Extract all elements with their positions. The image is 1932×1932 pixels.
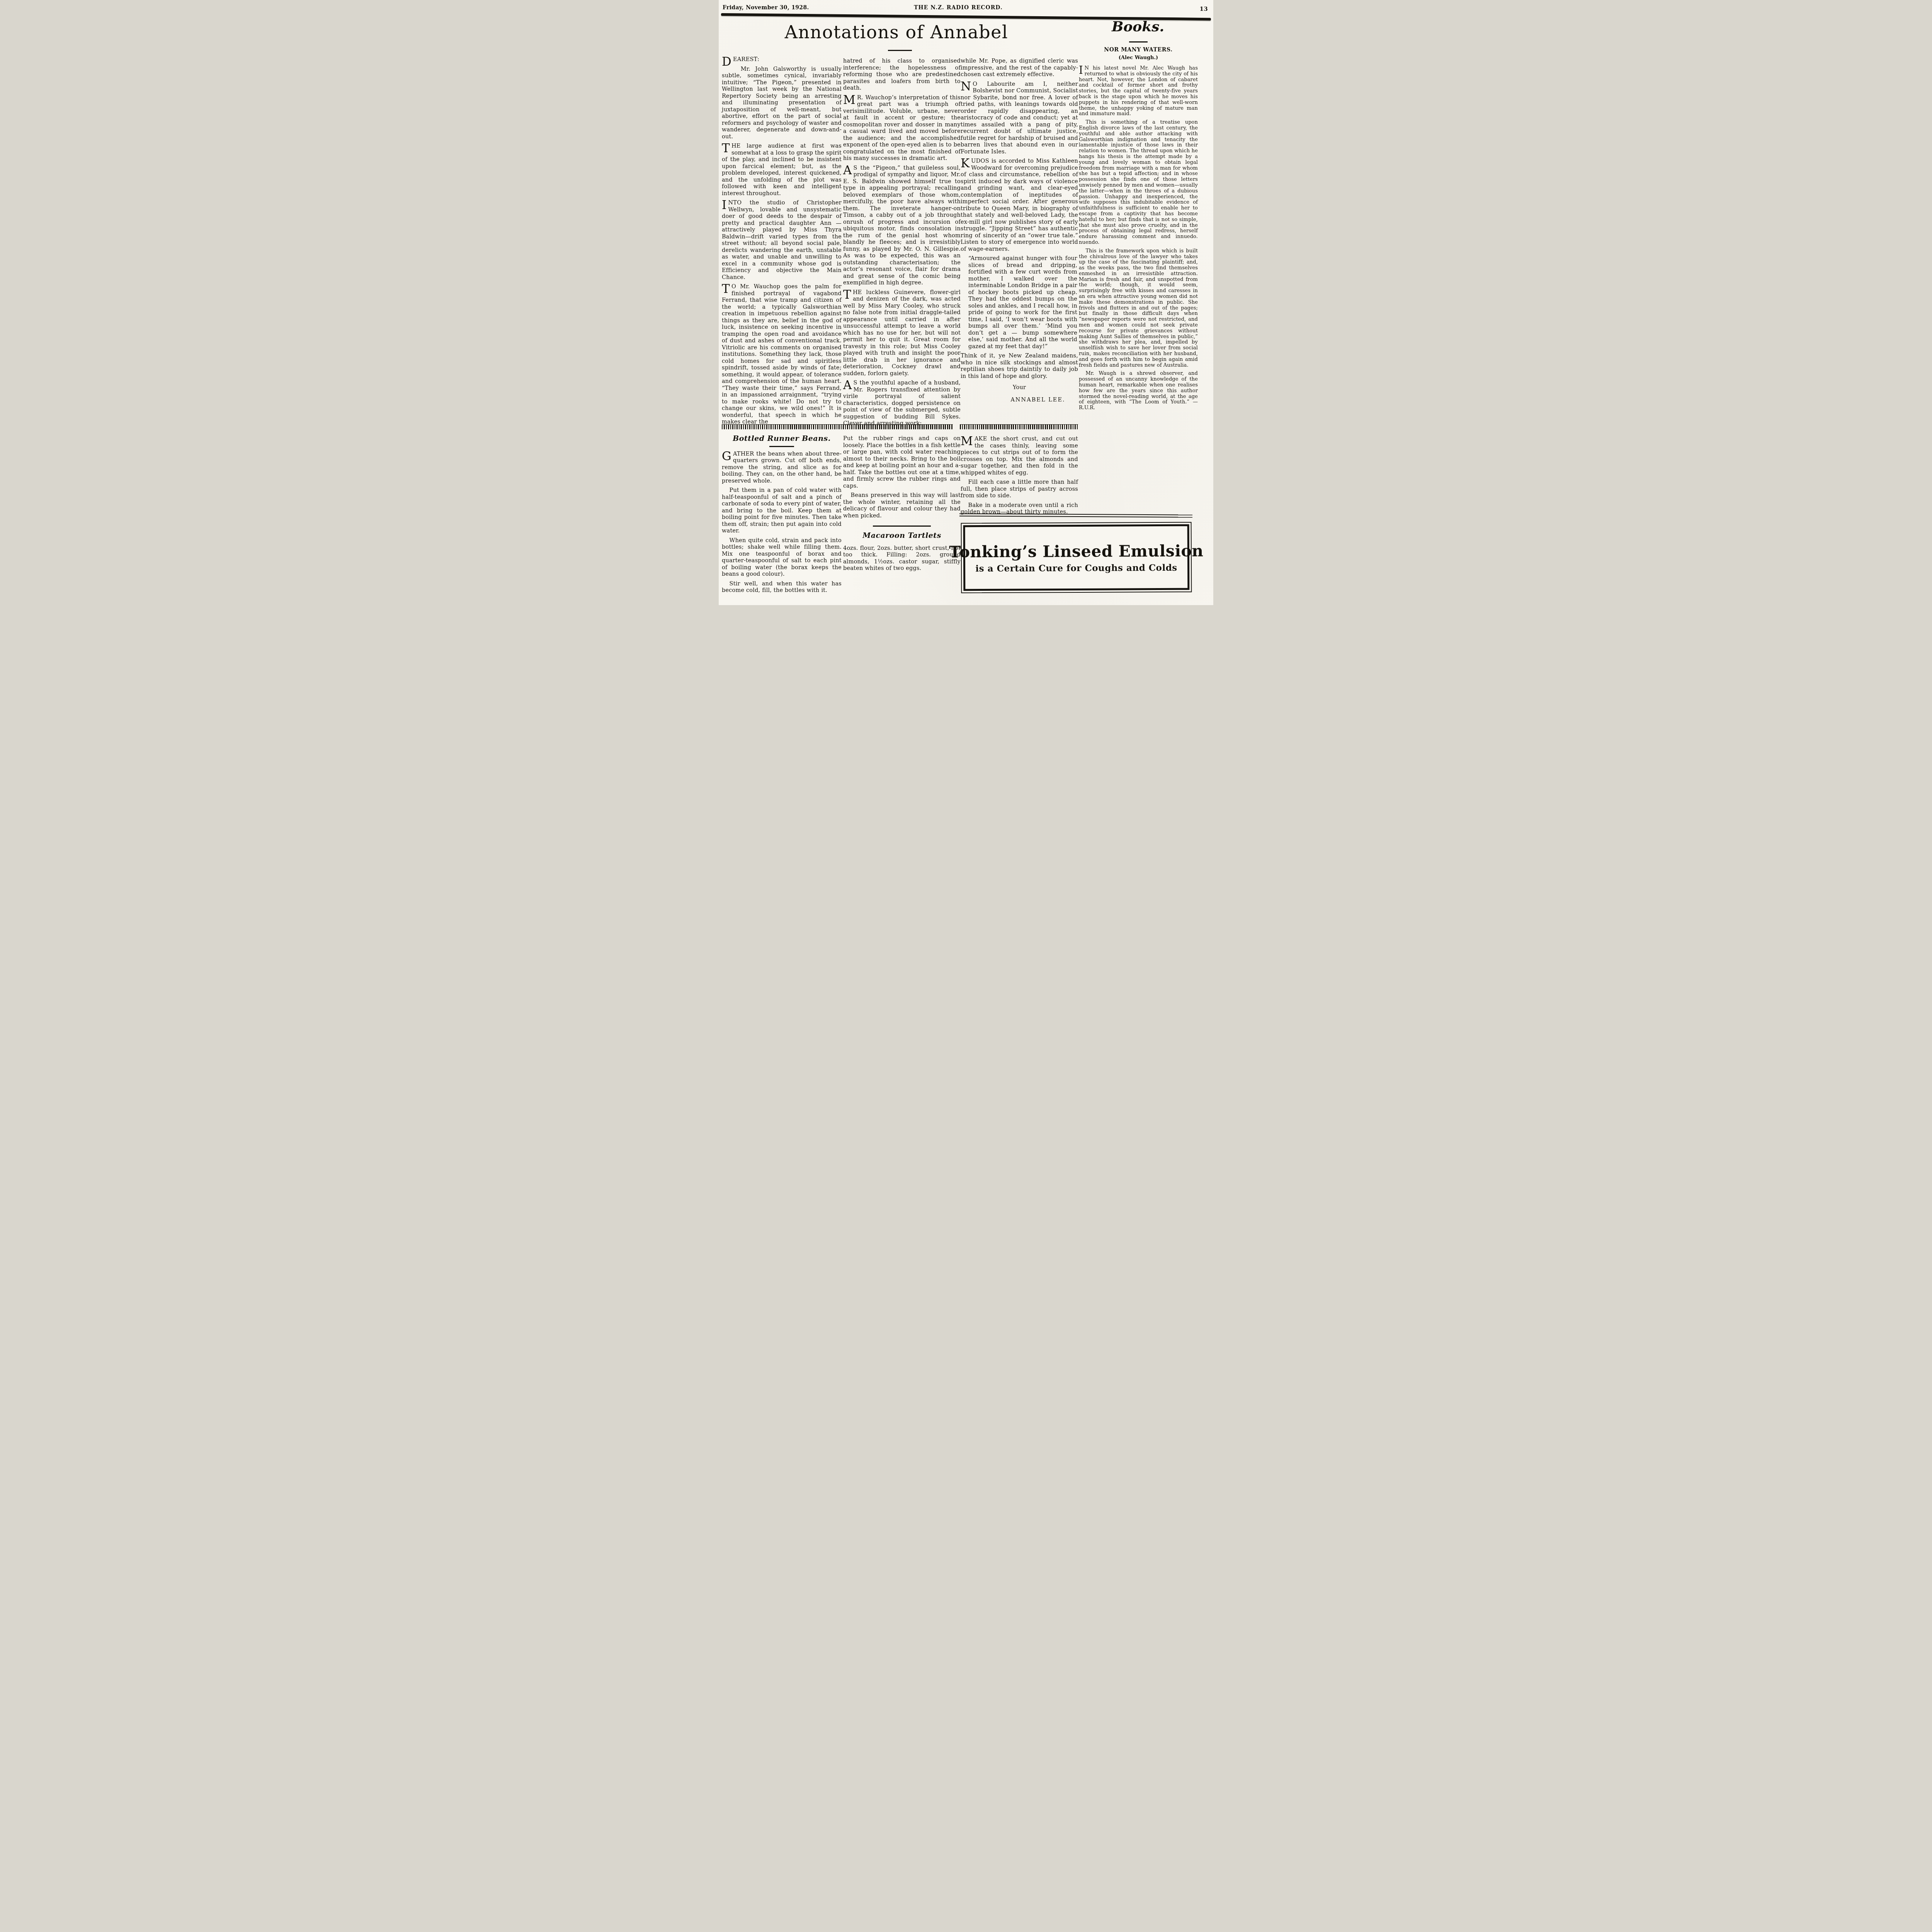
recipe-beans-text: GATHER the beans when about three-quarte… [722, 451, 842, 594]
paragraph: This is something of a treatise upon Eng… [1079, 120, 1198, 246]
paragraph-text: S the “Pigeon,” that guileless soul, pro… [843, 165, 961, 286]
paragraph: THE large audience at first was somewhat… [722, 143, 842, 197]
article-column-3: while Mr. Pope, as dignified cleric was … [961, 58, 1078, 423]
paragraph-text: Think of it, ye New Zealand maidens, who… [961, 353, 1078, 379]
dropcap-letter: M [843, 95, 857, 105]
paragraph: AS the “Pigeon,” that guileless soul, pr… [843, 165, 961, 287]
recipe-beans-continuation: Put the rubber rings and caps on loosely… [843, 435, 961, 519]
advert-subline: is a Certain Cure for Coughs and Colds [976, 562, 1177, 573]
recipe-continuation-column: Put the rubber rings and caps on loosely… [843, 435, 961, 575]
recipe-beans-column: Bottled Runner Beans. GATHER the beans w… [722, 434, 842, 597]
paragraph-text: S the youthful apache of a husband, Mr. … [843, 380, 961, 427]
advert-box: Tonking’s Linseed Emulsion is a Certain … [961, 522, 1192, 594]
paragraph: while Mr. Pope, as dignified cleric was … [961, 58, 1078, 78]
paragraph-text: O Labourite am I, neither Bolshevist nor… [961, 81, 1078, 155]
books-title-rule [1129, 41, 1148, 43]
paragraph: 4ozs. flour, 2ozs. butter, short crust, … [843, 545, 961, 572]
paragraph: Fill each case a little more than half f… [961, 479, 1078, 500]
paragraph-text: EAREST: [733, 56, 759, 63]
paragraph-text: Mr. John Galsworthy is usually subtle, s… [722, 66, 842, 140]
page-number: 13 [1200, 5, 1208, 12]
paragraph: NO Labourite am I, neither Bolshevist no… [961, 81, 1078, 156]
paragraph-text: Put the rubber rings and caps on loosely… [843, 435, 961, 489]
paragraph: MR. Wauchop’s interpretation of this gre… [843, 95, 961, 162]
paragraph: Put the rubber rings and caps on loosely… [843, 435, 961, 490]
dropcap-letter: I [722, 200, 728, 210]
paragraph-text: ATHER the beans when about three-quarter… [722, 451, 842, 484]
paragraph: GATHER the beans when about three-quarte… [722, 451, 842, 485]
paragraph-text: O Mr. Wauchop goes the palm for finished… [722, 284, 842, 425]
dropcap-letter: G [722, 451, 733, 461]
paragraph: Mr. Waugh is a shrewd observer, and poss… [1079, 371, 1198, 411]
dropcap-letter: N [961, 81, 973, 92]
dropcap-letter: T [722, 284, 731, 294]
paragraph: When quite cold, strain and pack into bo… [722, 537, 842, 578]
paragraph-text: Beans preserved in this way will last th… [843, 492, 961, 519]
hatched-divider-left [722, 424, 953, 429]
signoff-name: ANNABEL LEE. [961, 397, 1078, 404]
paragraph: “Armoured against hunger with four slice… [961, 255, 1078, 350]
hatched-divider-right [960, 424, 1078, 429]
paragraph: Mr. John Galsworthy is usually subtle, s… [722, 66, 842, 141]
paragraph-text: R. Wauchop’s interpretation of this grea… [843, 95, 961, 162]
paragraph-text: HE luckless Guinevere, flower-girl and d… [843, 289, 961, 377]
paragraph-text: This is the framework upon which is buil… [1079, 248, 1198, 368]
newspaper-page: Friday, November 30, 1928. THE N.Z. RADI… [719, 0, 1213, 605]
paragraph-text: Fill each case a little more than half f… [961, 479, 1078, 499]
recipe-beans-rule [769, 446, 794, 447]
paragraph-text: hatred of his class to organised interfe… [843, 58, 961, 91]
paragraph: Think of it, ye New Zealand maidens, who… [961, 353, 1078, 380]
paragraph-text: “Armoured against hunger with four slice… [968, 255, 1077, 350]
books-review-byline: (Alec Waugh.) [1079, 55, 1198, 61]
paragraph: Beans preserved in this way will last th… [843, 492, 961, 519]
article-column-1: DEAREST:Mr. John Galsworthy is usually s… [722, 56, 842, 423]
dropcap-letter: I [1079, 66, 1085, 75]
paragraph-text: Put them in a pan of cold water with hal… [722, 487, 842, 534]
paragraph: hatred of his class to organised interfe… [843, 58, 961, 92]
paragraph: TO Mr. Wauchop goes the palm for finishe… [722, 284, 842, 426]
paragraph: AS the youthful apache of a husband, Mr.… [843, 380, 961, 427]
paragraph: THE luckless Guinevere, flower-girl and … [843, 289, 961, 378]
tartlets-heading-rule [873, 526, 931, 527]
advert-headline: Tonking’s Linseed Emulsion [949, 541, 1204, 561]
recipe-tartlets-ingredients: 4ozs. flour, 2ozs. butter, short crust, … [843, 545, 961, 572]
books-review-body: IN his latest novel Mr. Alec Waugh has r… [1079, 66, 1198, 414]
paragraph: KUDOS is accorded to Miss Kathleen Woodw… [961, 158, 1078, 253]
paragraph-text: This is something of a treatise upon Eng… [1079, 119, 1198, 245]
article-headline: Annotations of Annabel [763, 22, 1030, 43]
dropcap-letter: A [843, 165, 854, 175]
article-column-3-paragraphs: while Mr. Pope, as dignified cleric was … [961, 58, 1078, 380]
paragraph: This is the framework upon which is buil… [1079, 248, 1198, 369]
recipe-tartlets-method: MAKE the short crust, and cut out the ca… [961, 436, 1078, 519]
paragraph: DEAREST: [722, 56, 842, 63]
dropcap-letter: K [961, 158, 971, 168]
paragraph: INTO the studio of Christopher Wellwyn, … [722, 200, 842, 281]
masthead-title: THE N.Z. RADIO RECORD. [862, 5, 1055, 11]
paragraph: IN his latest novel Mr. Alec Waugh has r… [1079, 66, 1198, 117]
header-date: Friday, November 30, 1928. [723, 5, 809, 11]
dropcap-letter: A [843, 380, 854, 390]
headline-rule [888, 50, 912, 51]
paragraph-text: N his latest novel Mr. Alec Waugh has re… [1079, 65, 1198, 117]
paragraph-text: while Mr. Pope, as dignified cleric was … [961, 58, 1078, 78]
books-review-title: NOR MANY WATERS. [1079, 47, 1198, 53]
paragraph-text: When quite cold, strain and pack into bo… [722, 537, 842, 578]
recipe-beans-heading: Bottled Runner Beans. [722, 434, 842, 443]
dropcap-letter: D [722, 56, 733, 67]
paragraph-text: AKE the short crust, and cut out the cas… [961, 436, 1078, 476]
paragraph: Put them in a pan of cold water with hal… [722, 487, 842, 535]
article-column-2: hatred of his class to organised interfe… [843, 58, 961, 423]
paragraph-text: 4ozs. flour, 2ozs. butter, short crust, … [843, 545, 961, 572]
paragraph-text: Stir well, and when this water has becom… [722, 581, 842, 594]
books-section-title: Books. [1082, 19, 1194, 35]
signoff-your: Your [961, 384, 1078, 391]
advert-inner-border: Tonking’s Linseed Emulsion is a Certain … [963, 524, 1190, 591]
paragraph-text: Mr. Waugh is a shrewd observer, and poss… [1079, 371, 1198, 411]
paragraph: Stir well, and when this water has becom… [722, 581, 842, 594]
paragraph: MAKE the short crust, and cut out the ca… [961, 436, 1078, 476]
dropcap-letter: M [961, 436, 975, 446]
dropcap-letter: T [843, 289, 853, 300]
paragraph-text: HE large audience at first was somewhat … [722, 143, 842, 197]
recipe-tartlets-heading: Macaroon Tartlets [843, 531, 961, 540]
paragraph-text: NTO the studio of Christopher Wellwyn, l… [722, 200, 842, 281]
dropcap-letter: T [722, 143, 731, 153]
paragraph-text: UDOS is accorded to Miss Kathleen Woodwa… [961, 158, 1078, 252]
